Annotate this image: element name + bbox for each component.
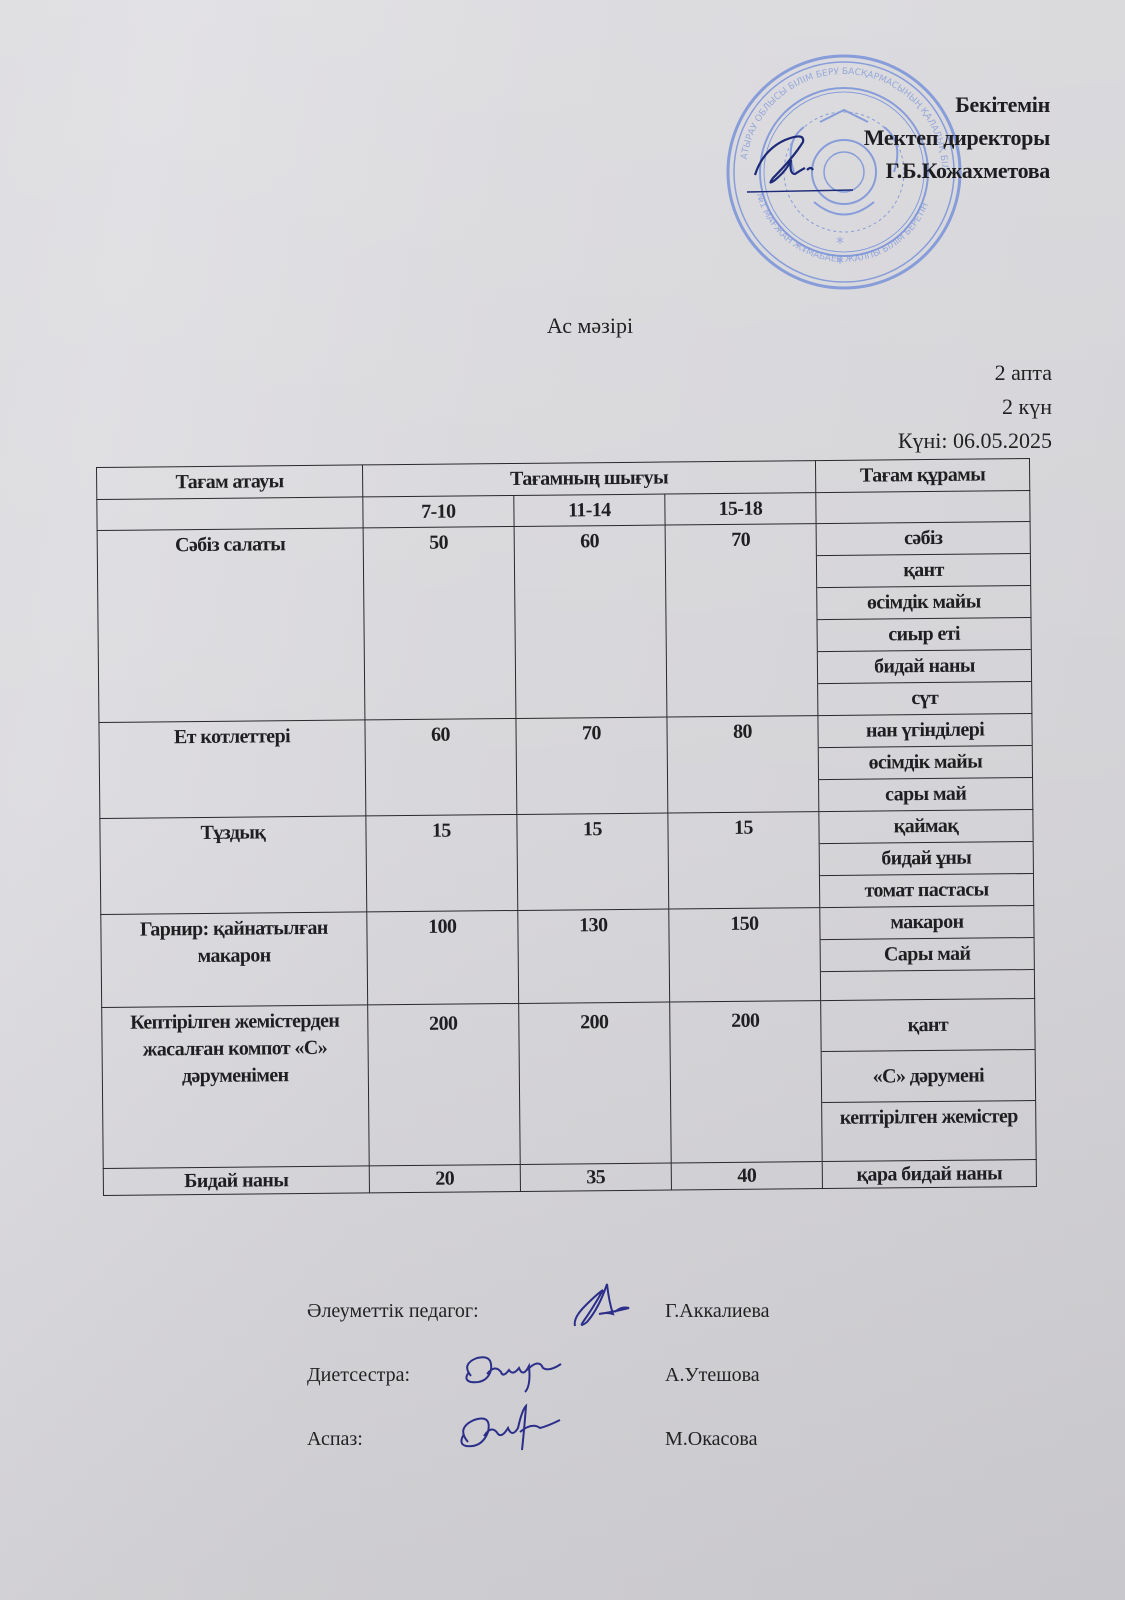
ingredient: қаймақ (819, 810, 1032, 844)
table-row: Сәбіз салаты 50 60 70 сәбіз қант өсімдік… (97, 522, 1032, 723)
date-label: Күні: 06.05.2025 (898, 424, 1052, 458)
portion-value: 15 (366, 814, 518, 911)
approval-heading: Бекітемін (864, 88, 1050, 121)
handwritten-signature-icon (457, 1346, 567, 1396)
table-row: Гарнир: қайнатылған макарон 100 130 150 … (101, 906, 1035, 1008)
ingredient: бидай наны (818, 650, 1031, 684)
header-age-15-18: 15-18 (665, 493, 816, 525)
signature-row: Диетсестра: А.Утешова (307, 1364, 827, 1428)
portion-value: 70 (516, 717, 668, 814)
portion-value: 70 (665, 524, 818, 717)
ingredients-cell: қара бидай наны (822, 1160, 1036, 1189)
ingredient: нан үгінділері (818, 714, 1031, 748)
signer-role: Диетсестра: (307, 1364, 410, 1387)
page-title: Ас мәзірі (0, 313, 1125, 339)
signer-name: М.Окасова (665, 1428, 757, 1451)
approval-block: Бекітемін Мектеп директоры Г.Б.Кожахмето… (864, 88, 1050, 187)
ingredient: сары май (819, 778, 1032, 811)
menu-meta: 2 апта 2 күн Күні: 06.05.2025 (898, 356, 1052, 458)
ingredient: қара бидай наны (823, 1160, 1036, 1188)
table-row: Кептірілген жемістерден жасалған компот … (102, 999, 1037, 1169)
portion-value: 200 (519, 1002, 672, 1164)
svg-text:*: * (836, 233, 844, 252)
table-row: Тұздық 15 15 15 қаймақ бидай ұны томат п… (100, 810, 1034, 915)
header-output: Тағамның шығуы (362, 461, 815, 497)
portion-value: 60 (514, 525, 667, 718)
day-label: 2 күн (898, 390, 1052, 424)
ingredients-cell: қант «С» дәрумені кептірілген жемістер (821, 999, 1037, 1162)
signer-role: Әлеуметтік педагог: (307, 1300, 479, 1323)
signer-role: Аспаз: (307, 1428, 363, 1451)
week-label: 2 апта (898, 356, 1052, 390)
approval-position: Мектеп директоры (864, 121, 1050, 154)
ingredient (821, 970, 1034, 1000)
dish-name: Сәбіз салаты (97, 528, 365, 723)
signature-row: Аспаз: М.Окасова (307, 1428, 827, 1492)
handwritten-signature-icon (745, 130, 855, 200)
ingredient: қант (817, 554, 1030, 588)
portion-value: 60 (365, 718, 517, 815)
header-dish: Тағам атауы (97, 465, 363, 500)
ingredient: сәбіз (817, 522, 1030, 556)
handwritten-signature-icon (452, 1402, 562, 1460)
menu-table: Тағам атауы Тағамның шығуы Тағам құрамы … (96, 458, 1037, 1196)
dish-name: Бидай наны (103, 1166, 369, 1196)
signer-name: А.Утешова (665, 1364, 760, 1387)
svg-text:*: * (836, 253, 844, 272)
handwritten-signature-icon (569, 1278, 639, 1333)
ingredient: сүт (818, 682, 1031, 715)
portion-value: 130 (518, 909, 670, 1003)
ingredient: өсімдік майы (819, 746, 1032, 780)
ingredient: макарон (820, 906, 1033, 940)
dish-name: Тұздық (100, 816, 367, 915)
header-composition: Тағам құрамы (815, 459, 1029, 493)
portion-value: 20 (369, 1164, 520, 1192)
portion-value: 15 (668, 812, 820, 909)
ingredient: сиыр еті (817, 618, 1030, 652)
ingredients-cell: сәбіз қант өсімдік майы сиыр еті бидай н… (816, 522, 1032, 716)
ingredient: Сары май (821, 938, 1034, 972)
ingredient: өсімдік майы (817, 586, 1030, 620)
signature-row: Әлеуметтік педагог: Г.Аккалиева (307, 1300, 827, 1364)
ingredient: бидай ұны (820, 842, 1033, 876)
ingredients-cell: қаймақ бидай ұны томат пастасы (819, 810, 1034, 908)
ingredient: «С» дәрумені (822, 1050, 1036, 1103)
dish-name: Гарнир: қайнатылған макарон (101, 912, 368, 1008)
ingredient: қант (821, 999, 1035, 1052)
portion-value: 15 (517, 813, 669, 910)
portion-value: 200 (368, 1003, 521, 1165)
ingredients-cell: макарон Сары май (820, 906, 1035, 1001)
ingredient: томат пастасы (820, 874, 1033, 907)
ingredients-cell: нан үгінділері өсімдік майы сары май (818, 714, 1033, 812)
portion-value: 35 (520, 1163, 671, 1191)
portion-value: 200 (670, 1001, 823, 1163)
portion-value: 100 (367, 910, 519, 1004)
header-age-11-14: 11-14 (514, 494, 665, 526)
portion-value: 40 (671, 1162, 822, 1190)
dish-name: Кептірілген жемістерден жасалған компот … (102, 1005, 369, 1169)
dish-name: Ет котлеттері (99, 720, 366, 819)
signatures-block: Әлеуметтік педагог: Г.Аккалиева Диетсест… (307, 1300, 827, 1492)
portion-value: 50 (363, 526, 516, 719)
table-row: Ет котлеттері 60 70 80 нан үгінділері өс… (99, 714, 1033, 819)
ingredient: кептірілген жемістер (822, 1101, 1036, 1161)
signer-name: Г.Аккалиева (665, 1300, 770, 1323)
header-age-7-10: 7-10 (363, 495, 514, 527)
portion-value: 150 (669, 908, 821, 1002)
approval-name: Г.Б.Кожахметова (864, 154, 1050, 187)
portion-value: 80 (667, 716, 819, 813)
